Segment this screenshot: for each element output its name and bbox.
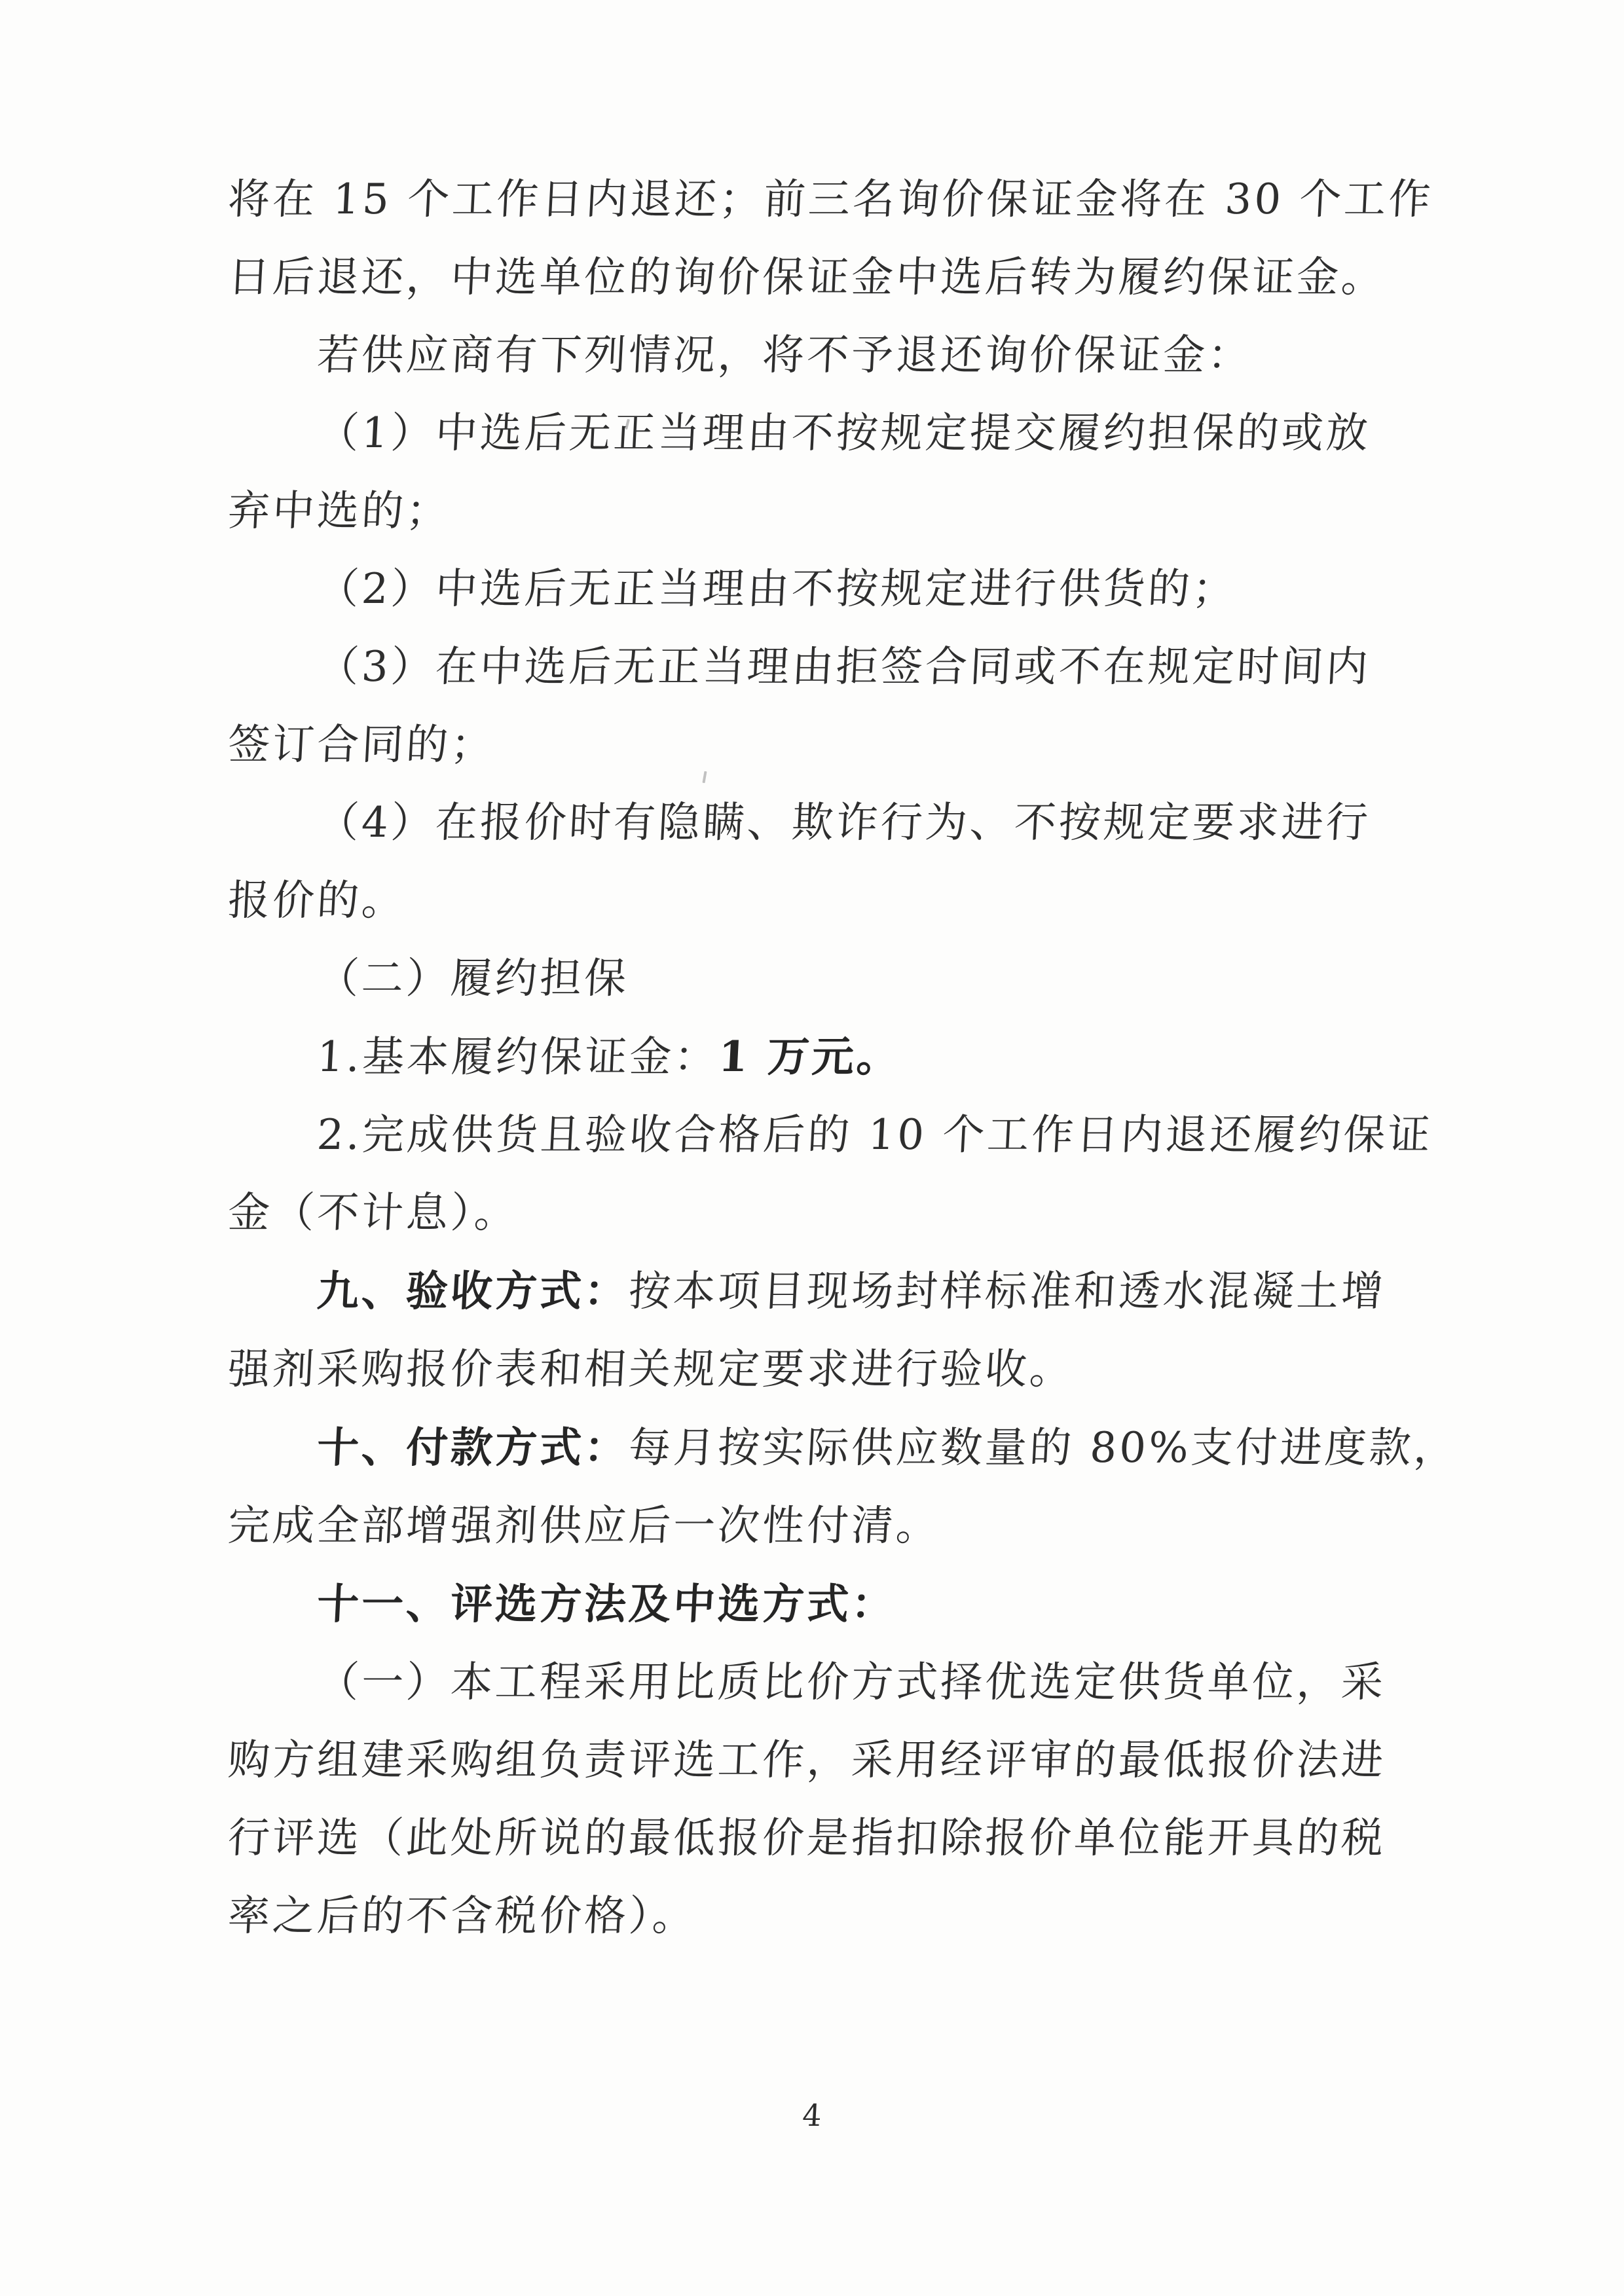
text-segment: 若供应商有下列情况，将不予退还询价保证金：	[316, 331, 1253, 380]
text-line: 报价的。	[226, 862, 1415, 940]
text-line: 将在 15 个工作日内退还；前三名询价保证金将在 30 个工作	[226, 161, 1415, 239]
text-segment: 购方组建采购组负责评选工作，采用经评审的最低报价法进	[227, 1736, 1387, 1785]
text-line: （一）本工程采用比质比价方式择优选定供货单位，采	[226, 1644, 1415, 1722]
text-line: 1.基本履约保证金：1 万元。	[226, 1018, 1415, 1097]
text-segment: 2.完成供货且验收合格后的 10 个工作日内退还履约保证	[316, 1111, 1433, 1159]
document-page: 将在 15 个工作日内退还；前三名询价保证金将在 30 个工作日后退还，中选单位…	[0, 0, 1624, 2296]
text-segment: 签订合同的；	[227, 721, 496, 769]
text-segment: 强剂采购报价表和相关规定要求进行验收。	[227, 1345, 1075, 1394]
bold-text-segment: 十、付款方式：	[316, 1423, 630, 1472]
text-segment: 金（不计息）。	[227, 1189, 520, 1237]
text-segment: （一）本工程采用比质比价方式择优选定供货单位，采	[316, 1658, 1387, 1707]
text-segment: （4）在报价时有隐瞒、欺诈行为、不按规定要求进行	[316, 799, 1372, 847]
text-line: （二）履约担保	[226, 940, 1415, 1018]
bold-text-segment: 十一、评选方法及中选方式：	[316, 1580, 897, 1629]
text-segment: 行评选（此处所说的最低报价是指扣除报价单位能开具的税	[227, 1814, 1387, 1863]
text-segment: 每月按实际供应数量的 80%支付进度款，	[627, 1424, 1459, 1472]
text-line: 若供应商有下列情况，将不予退还询价保证金：	[226, 317, 1415, 395]
text-segment: 按本项目现场封样标准和透水混凝土增	[627, 1267, 1387, 1316]
text-segment: 弃中选的；	[227, 487, 452, 536]
text-segment: 将在 15 个工作日内退还；前三名询价保证金将在 30 个工作	[227, 175, 1434, 224]
text-segment: 日后退还，中选单位的询价保证金中选后转为履约保证金。	[227, 253, 1387, 302]
text-line: 强剂采购报价表和相关规定要求进行验收。	[226, 1331, 1415, 1409]
text-segment: （二）履约担保	[316, 955, 630, 1003]
text-line: （1）中选后无正当理由不按规定提交履约担保的或放	[226, 395, 1415, 473]
document-body-text: 将在 15 个工作日内退还；前三名询价保证金将在 30 个工作日后退还，中选单位…	[226, 161, 1411, 1956]
bold-text-segment: 1 万元。	[717, 1032, 902, 1082]
text-line: （4）在报价时有隐瞒、欺诈行为、不按规定要求进行	[226, 784, 1415, 862]
text-line: 日后退还，中选单位的询价保证金中选后转为履约保证金。	[226, 239, 1415, 317]
text-line: （2）中选后无正当理由不按规定进行供货的；	[226, 551, 1415, 629]
text-segment: 1.基本履约保证金：	[316, 1033, 720, 1082]
text-line: 金（不计息）。	[226, 1175, 1415, 1252]
text-segment: 完成全部增强剂供应后一次性付清。	[227, 1502, 942, 1550]
text-line: 弃中选的；	[226, 473, 1415, 551]
text-line: （3）在中选后无正当理由拒签合同或不在规定时间内	[226, 629, 1415, 706]
text-segment: （1）中选后无正当理由不按规定提交履约担保的或放	[316, 409, 1372, 458]
page-number: 4	[0, 2098, 1624, 2132]
text-line: 九、验收方式：按本项目现场封样标准和透水混凝土增	[226, 1252, 1415, 1331]
text-line: 率之后的不含税价格）。	[226, 1878, 1415, 1956]
text-line: 2.完成供货且验收合格后的 10 个工作日内退还履约保证	[226, 1097, 1415, 1175]
text-segment: （3）在中选后无正当理由拒签合同或不在规定时间内	[316, 643, 1372, 691]
text-line: 十、付款方式：每月按实际供应数量的 80%支付进度款，	[226, 1409, 1415, 1487]
bold-text-segment: 九、验收方式：	[316, 1267, 630, 1316]
text-line: 十一、评选方法及中选方式：	[226, 1565, 1415, 1644]
text-segment: 报价的。	[227, 877, 407, 925]
text-line: 签订合同的；	[226, 706, 1415, 784]
text-line: 完成全部增强剂供应后一次性付清。	[226, 1487, 1415, 1565]
text-segment: 率之后的不含税价格）。	[227, 1892, 698, 1941]
text-segment: （2）中选后无正当理由不按规定进行供货的；	[316, 565, 1238, 613]
text-line: 行评选（此处所说的最低报价是指扣除报价单位能开具的税	[226, 1800, 1415, 1878]
text-line: 购方组建采购组负责评选工作，采用经评审的最低报价法进	[226, 1722, 1415, 1800]
